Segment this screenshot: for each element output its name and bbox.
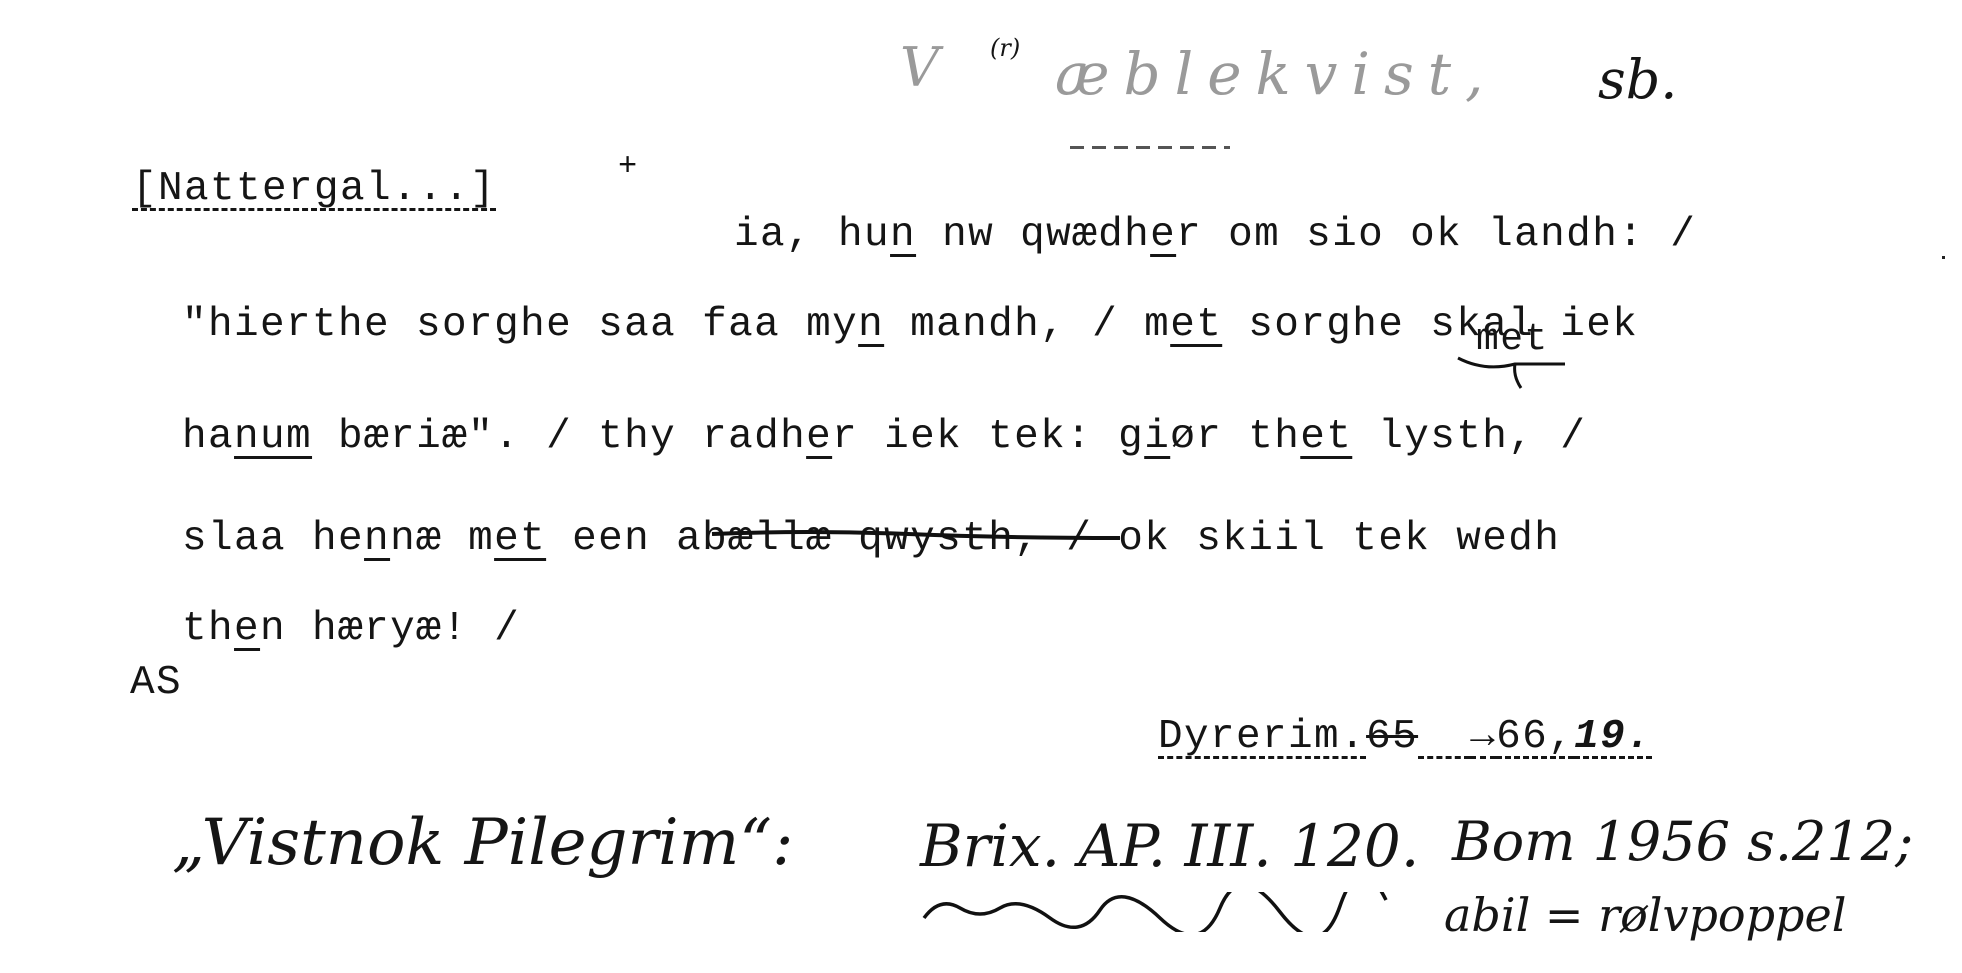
text-segment: ør th — [1170, 414, 1300, 460]
lemma-text: [Nattergal...] — [132, 166, 496, 212]
source-work: Dyrerim. — [1158, 714, 1366, 760]
text-segment: r iek tek: g — [832, 414, 1144, 460]
note-reference-brix: Brix. AP. III. 120. — [920, 812, 1419, 880]
headword-word-class: sb. — [1598, 48, 1677, 111]
underlined-segment: et — [1170, 302, 1222, 348]
underlined-segment: n — [890, 212, 916, 258]
headword-occurrence-underline — [708, 526, 1128, 546]
headword-superscript: (r) — [990, 34, 1020, 62]
source-line: 19. — [1574, 714, 1652, 760]
struck-page: 65 — [1366, 714, 1418, 760]
underlined-segment: num — [234, 414, 312, 460]
stray-mark — [1942, 256, 1945, 259]
text-segment: "hierthe sorghe saa faa my — [182, 302, 858, 348]
underlined-segment: e — [806, 414, 832, 460]
underlined-segment: et — [494, 516, 546, 562]
text-segment: lysth, / — [1352, 414, 1586, 460]
source-spacer — [1418, 714, 1470, 760]
insertion-mark: + — [618, 148, 637, 185]
source-page: 66, — [1496, 714, 1574, 760]
headword-prefix-mark: V — [900, 36, 939, 99]
note-gloss: abil = rølvpoppel — [1444, 888, 1846, 942]
headword-dotted-underline — [1070, 146, 1230, 149]
text-segment: næ m — [390, 516, 494, 562]
text-segment: bæriæ". / thy radh — [312, 414, 806, 460]
underlined-segment: e — [1150, 212, 1176, 258]
citation-line-5: then hæryæ! / — [130, 560, 520, 652]
text-segment: slaa he — [182, 516, 364, 562]
note-reference-bom: Bom 1956 s.212; — [1452, 810, 1913, 873]
text-segment: mandh, / m — [884, 302, 1170, 348]
underlined-segment: et — [1300, 414, 1352, 460]
note-reference-wavy-underline — [920, 892, 1390, 932]
text-segment: th — [182, 606, 234, 652]
source-siglum: AS — [130, 660, 182, 706]
arrow-mark: → — [1470, 714, 1496, 760]
text-segment: nw qwædh — [916, 212, 1150, 258]
underlined-segment: e — [234, 606, 260, 652]
text-segment: ia, hu — [734, 212, 890, 258]
text-segment: r om sio ok landh: / — [1176, 212, 1696, 258]
source-reference: Dyrerim.65 →66,19. — [1106, 668, 1652, 760]
underlined-segment: i — [1144, 414, 1170, 460]
note-title-quote: „Vistnok Pilegrim“: — [172, 806, 794, 880]
citation-line-2: "hierthe sorghe saa faa myn mandh, / met… — [130, 256, 1638, 348]
citation-line-4: slaa hennæ met een abællæ qwysth, / ok s… — [130, 470, 1560, 562]
underlined-segment: n — [858, 302, 884, 348]
text-segment: sorghe skal iek — [1222, 302, 1638, 348]
headword: æblekvist, — [1055, 40, 1498, 108]
text-segment: ha — [182, 414, 234, 460]
citation-line-3: hanum bæriæ". / thy radher iek tek: giør… — [130, 368, 1586, 460]
text-segment: n hæryæ! / — [260, 606, 520, 652]
lemma-bracket: [Nattergal...] — [132, 166, 496, 212]
underlined-segment: n — [364, 516, 390, 562]
citation-line-1: ia, hun nw qwædher om sio ok landh: / — [682, 166, 1696, 258]
text-segment: een — [546, 516, 676, 562]
